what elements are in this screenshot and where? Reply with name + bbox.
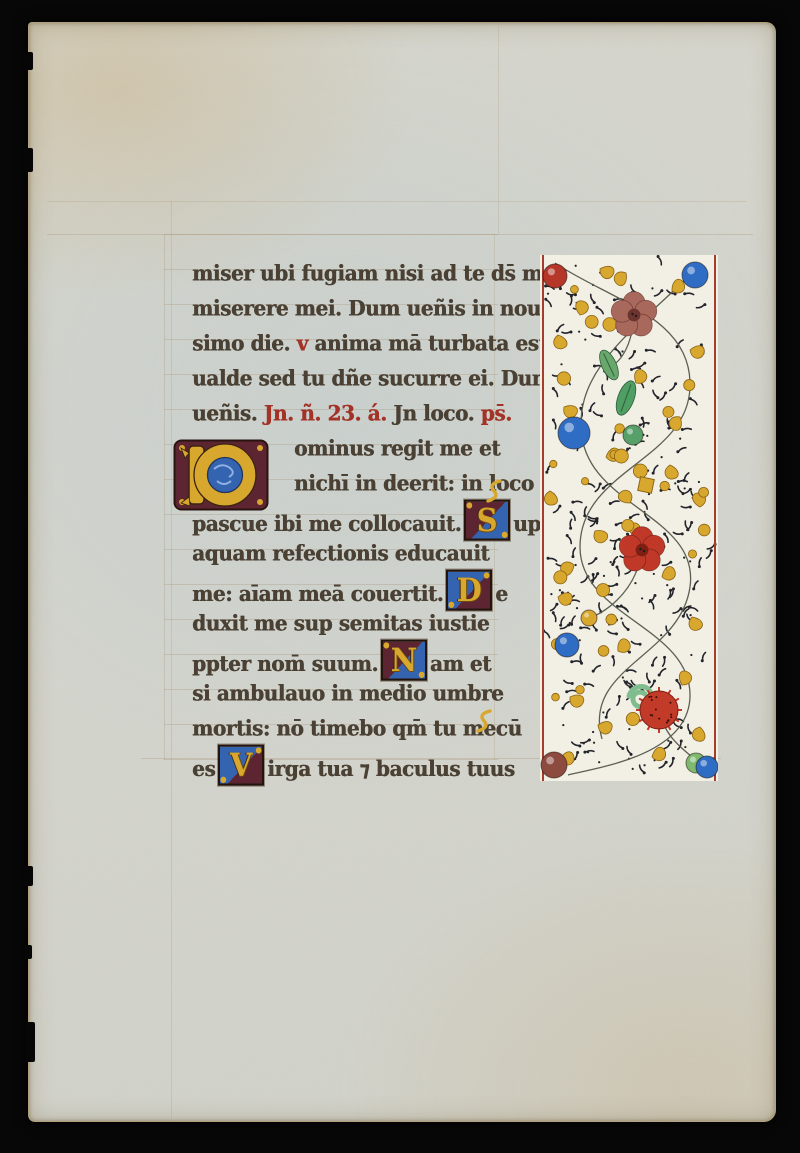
text-line: ppter nom̄ suum.Nam et xyxy=(192,640,526,678)
text-line: esVirga tua ⁊ baculus tuus xyxy=(192,745,526,783)
ruling-line xyxy=(498,26,499,234)
illuminated-initial-artwork xyxy=(173,439,269,511)
binding-notch xyxy=(23,148,33,172)
text-segment: miser ubi fugiam nisi ad te ds̄ ms̄ xyxy=(192,260,553,286)
text-segment: es xyxy=(192,755,215,781)
ruling-line xyxy=(171,201,172,1119)
illuminated-initial: V xyxy=(218,745,264,786)
text-segment: pascue ibi me collocauit. xyxy=(192,510,461,536)
ruling-line xyxy=(164,234,165,760)
initial-letter: S xyxy=(466,502,508,539)
text-line: miserere mei. Dum ueñis in nouis xyxy=(192,290,526,328)
text-segment: aquam refectionis educauit xyxy=(192,540,489,566)
rubric-segment: v xyxy=(297,330,308,356)
text-segment: e xyxy=(495,580,507,606)
text-line: ualde sed tu dñe sucurre ei. Dum xyxy=(192,360,526,398)
text-segment: miserere mei. Dum ueñis in nouis xyxy=(192,295,559,321)
text-line: ueñis. Jn. ñ. 23. á. Jn loco. ps̄. xyxy=(192,395,526,433)
berry-motif xyxy=(541,752,567,778)
text-line: me: aīam meā couertit.De xyxy=(192,570,526,608)
text-segment: me: aīam meā couertit. xyxy=(192,580,443,606)
floral-border-panel xyxy=(540,255,718,781)
text-segment: mortis: nō timebo qm̄ tu mecū xyxy=(192,715,522,741)
gold-filler-squiggle xyxy=(484,478,506,504)
gold-dot-motif xyxy=(581,610,597,626)
berry-motif xyxy=(543,264,567,288)
text-line: miser ubi fugiam nisi ad te ds̄ ms̄ xyxy=(192,255,526,293)
illuminated-initial-dominus: D xyxy=(173,439,269,511)
text-line: simo die. v anima mā turbata est xyxy=(192,325,526,363)
ruling-line xyxy=(164,234,498,235)
binding-notch xyxy=(24,866,33,886)
berry-motif xyxy=(623,425,643,445)
rubric-segment: Jn. ñ. 23. á. xyxy=(264,400,393,426)
binding-notch xyxy=(25,1022,35,1062)
binding-notch xyxy=(24,52,33,70)
text-segment: duxit me sup semitas iustie xyxy=(192,610,489,636)
text-segment: ualde sed tu dñe sucurre ei. Dum xyxy=(192,365,552,391)
text-line: si ambulauo in medio umbre xyxy=(192,675,526,713)
text-block: miser ubi fugiam nisi ad te ds̄ ms̄miser… xyxy=(192,256,526,781)
text-segment: ppter nom̄ suum. xyxy=(192,650,378,676)
text-line: aquam refectionis educauit xyxy=(192,535,526,573)
berry-motif xyxy=(696,756,718,778)
text-segment: am et xyxy=(430,650,491,676)
text-segment: ueñis. xyxy=(192,400,264,426)
berry-motif xyxy=(682,262,708,288)
initial-letter: D xyxy=(448,572,490,609)
manuscript-leaf: miser ubi fugiam nisi ad te ds̄ ms̄miser… xyxy=(28,22,776,1122)
text-segment: simo die. xyxy=(192,330,297,356)
binding-notch xyxy=(24,945,32,959)
initial-letter: V xyxy=(220,747,262,784)
text-line: duxit me sup semitas iustie xyxy=(192,605,526,643)
photograph-background: { "palette": { "background": "#070707", … xyxy=(0,0,800,1153)
berry-motif xyxy=(558,417,590,449)
gold-knot-motif xyxy=(638,477,655,494)
text-segment: irga tua ⁊ baculus tuus xyxy=(267,755,514,781)
ruling-line xyxy=(47,234,753,235)
text-segment: anima mā turbata est xyxy=(308,330,547,356)
rubric-segment: ps̄. xyxy=(481,400,512,426)
gold-filler-squiggle xyxy=(474,708,496,734)
text-segment: ominus regit me et xyxy=(294,435,500,461)
initial-letter: N xyxy=(383,642,425,679)
text-segment: up xyxy=(513,510,541,536)
text-segment: Jn loco. xyxy=(393,400,480,426)
text-segment: si ambulauo in medio umbre xyxy=(192,680,503,706)
berry-motif xyxy=(555,633,579,657)
ruling-line xyxy=(47,201,747,202)
border-panel-artwork xyxy=(540,255,718,781)
